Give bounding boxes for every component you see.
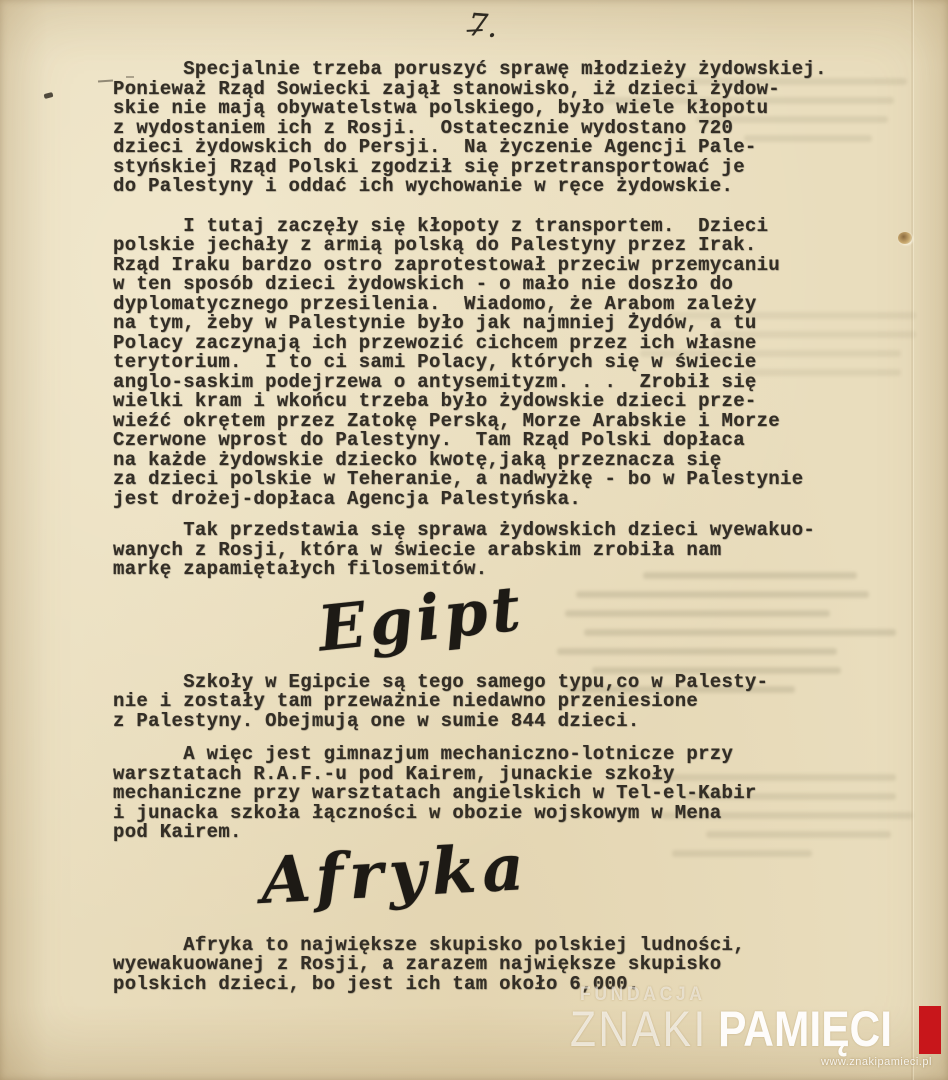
handwritten-heading-afryka: Afryka xyxy=(113,843,853,936)
paragraph-summary: Tak przedstawia się sprawa żydowskich dz… xyxy=(113,521,853,580)
watermark-name-row: ZNAKI PAMIĘCI xyxy=(570,1006,886,1052)
paragraph-egypt-schools: Szkoły w Egipcie są tego samego typu,co … xyxy=(113,673,853,732)
paper-hole xyxy=(898,232,912,244)
heading-egipt-text: Egipt xyxy=(315,571,528,665)
paragraph-jewish-youth: Specjalnie trzeba poruszyć sprawę młodzi… xyxy=(113,60,853,197)
watermark-znaki-pamieci: FUNDACJA ZNAKI PAMIĘCI www.znakipamieci.… xyxy=(570,984,942,1076)
watermark-znaki-text: ZNAKI xyxy=(570,1006,708,1052)
pencil-mark xyxy=(98,79,113,82)
page-number: 7. xyxy=(467,7,499,45)
pencil-mark xyxy=(126,76,134,78)
handwritten-heading-egipt: Egipt xyxy=(113,580,853,673)
watermark-red-block xyxy=(919,1006,941,1054)
heading-afryka-text: Afryka xyxy=(259,830,531,919)
paragraph-transport-trouble: I tutaj zaczęły się kłopoty z transporte… xyxy=(113,217,853,510)
ink-speck xyxy=(44,92,54,99)
scanned-document-page: 7. Specjalnie trzeba poruszyć sprawę mło… xyxy=(0,0,948,1080)
watermark-url: www.znakipamieci.pl xyxy=(821,1056,932,1068)
typewritten-text-body: Specjalnie trzeba poruszyć sprawę młodzi… xyxy=(113,60,853,994)
page-number-text: 7. xyxy=(467,7,499,45)
paper-fold-line xyxy=(911,0,914,1080)
paragraph-egypt-school-list: A więc jest gimnazjum mechaniczno-lotnic… xyxy=(113,745,853,843)
watermark-pamieci-text: PAMIĘCI xyxy=(718,1006,892,1052)
